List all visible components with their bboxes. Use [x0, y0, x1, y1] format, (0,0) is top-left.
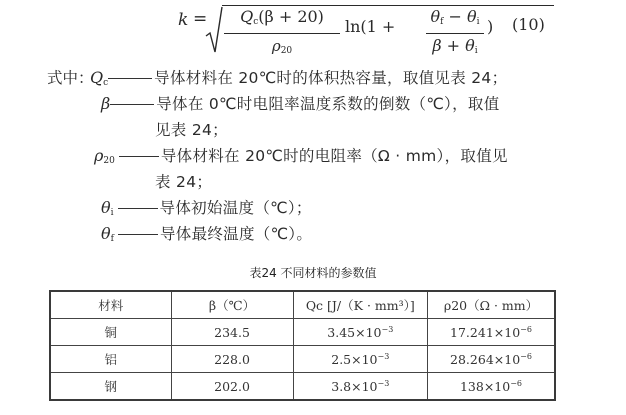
cell-beta: 202.0: [171, 373, 293, 401]
equation-number: (10): [512, 15, 545, 34]
table-caption: 表24 不同材料的参数值: [0, 264, 626, 281]
symbol-theta-i: θi: [101, 198, 114, 217]
header-beta: β（℃）: [171, 291, 293, 319]
em-dash: [118, 208, 158, 209]
fraction2-numerator: θf − θi: [426, 7, 484, 32]
symbol-qc: Qc: [90, 68, 108, 87]
symbol-theta-f: θf: [101, 224, 114, 243]
cell-beta: 234.5: [171, 319, 293, 346]
fraction-numerator: Qc(β + 20): [224, 7, 340, 32]
square-root-icon: [205, 6, 223, 54]
cell-rho: 17.241×10−6: [428, 319, 556, 346]
header-qc: Qc [J/（K · mm³）]: [293, 291, 427, 319]
fraction-denominator: ρ20: [224, 36, 340, 61]
cell-rho: 138×10−6: [428, 373, 556, 401]
fraction2-line: [426, 33, 484, 34]
fraction-line: [224, 33, 340, 34]
definition-rho20-line2: 表 24；: [155, 169, 212, 195]
material-parameters-table: 材料 β（℃） Qc [J/（K · mm³）] ρ20（Ω · mm） 铜 2…: [49, 290, 556, 401]
cell-material: 铝: [50, 346, 171, 373]
formula-10: k = Qc(β + 20) ρ20 ln(1 + θf − θi β + θi…: [0, 0, 626, 60]
cell-qc: 3.45×10−3: [293, 319, 427, 346]
table-header-row: 材料 β（℃） Qc [J/（K · mm³）] ρ20（Ω · mm）: [50, 291, 555, 319]
formula-lhs: k: [178, 10, 188, 30]
fraction2-denominator: β + θi: [426, 36, 484, 61]
definition-theta-f: θf导体最终温度（℃）。: [101, 221, 312, 252]
fraction-temperature: θf − θi β + θi: [426, 7, 484, 61]
cell-material: 铜: [50, 319, 171, 346]
where-prefix: 式中：: [47, 65, 94, 91]
cell-qc: 3.8×10−3: [293, 373, 427, 401]
definition-beta: β导体在 0℃时电阻率温度系数的倒数（℃），取值: [101, 91, 500, 117]
radical-bar: [222, 5, 554, 6]
em-dash: [118, 234, 158, 235]
cell-rho: 28.264×10−6: [428, 346, 556, 373]
cell-beta: 228.0: [171, 346, 293, 373]
em-dash: [108, 78, 152, 79]
header-material: 材料: [50, 291, 171, 319]
cell-material: 钢: [50, 373, 171, 401]
header-rho20: ρ20（Ω · mm）: [428, 291, 556, 319]
table-row: 铜 234.5 3.45×10−3 17.241×10−6: [50, 319, 555, 346]
symbol-beta: β: [101, 94, 110, 113]
symbol-rho20: ρ20: [94, 146, 115, 165]
em-dash: [119, 156, 159, 157]
close-paren: ): [487, 17, 493, 36]
definition-beta-line2: 见表 24；: [155, 117, 228, 143]
ln-term: ln(1 +: [345, 17, 395, 36]
cell-qc: 2.5×10−3: [293, 346, 427, 373]
fraction-main: Qc(β + 20) ρ20: [224, 7, 340, 61]
em-dash: [110, 104, 154, 105]
table-row: 钢 202.0 3.8×10−3 138×10−6: [50, 373, 555, 401]
table-row: 铝 228.0 2.5×10−3 28.264×10−6: [50, 346, 555, 373]
